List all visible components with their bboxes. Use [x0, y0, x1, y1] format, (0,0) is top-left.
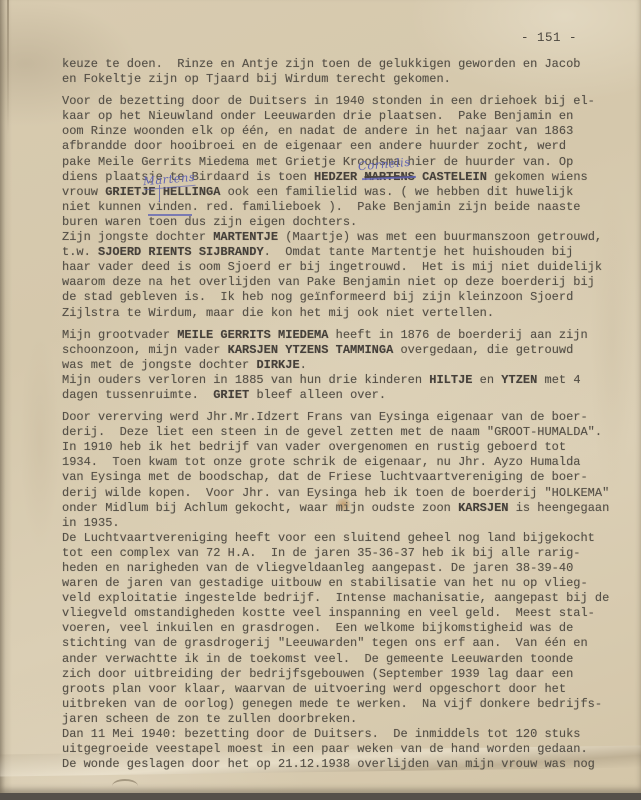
text-segment: vliegveld omstandigheden kostte veel ins… [62, 606, 595, 620]
text-segment: kaar op het Nieuwland onder Leeuwarden d… [62, 109, 573, 123]
text-segment: Door vererving werd Jhr.Mr.Idzert Frans … [62, 410, 588, 424]
paragraph: Voor de bezetting door de Duitsers in 19… [62, 94, 622, 320]
text-segment: Mijn ouders verloren in 1885 van hun dri… [62, 373, 429, 387]
paper-fold-line [7, 0, 9, 135]
text-line: De Luchtvaartvereniging heeft voor een s… [62, 531, 622, 546]
text-line: In 1910 heb ik het bedrijf van vader ove… [62, 440, 622, 455]
text-segment: onder Midlum bij Achlum gekocht, waar mi… [62, 501, 458, 515]
text-segment: zich door uitbreiding der bedrijfsgebouw… [62, 667, 573, 681]
text-segment: (Maartje) was met een buurmanszoon getro… [278, 230, 602, 244]
text-line: dagen tussenruimte. GRIET bleef alleen o… [62, 388, 622, 403]
text-segment: waarom deze na het overlijden van Pake B… [62, 275, 595, 289]
text-line: Zijlstra te Wirdum, maar die kon het mij… [62, 306, 622, 321]
text-segment: was met de jongste dochter [62, 358, 256, 372]
text-line: afbrandde door hooibroei en de eigenaar … [62, 139, 622, 154]
emphasized-name: MEILE GERRITS MIEDEMA [177, 328, 328, 342]
text-line: tot een complex van 72 H.A. In de jaren … [62, 546, 622, 561]
text-segment: . [300, 358, 307, 372]
text-segment: met 4 [537, 373, 580, 387]
text-segment: niet kunnen [62, 200, 148, 214]
text-line: Voor de bezetting door de Duitsers in 19… [62, 94, 622, 109]
text-segment: van Eysinga met de boodschap, dat de Fri… [62, 470, 588, 484]
text-line: stichting van de grasdrogerij "Leeuwarde… [62, 636, 622, 651]
text-line: Mijn ouders verloren in 1885 van hun dri… [62, 373, 622, 388]
text-line: schoonzoon, mijn vader KARSJEN YTZENS TA… [62, 343, 622, 358]
text-line: derij wilde kopen. Voor Jhr. van Eysinga… [62, 486, 622, 501]
text-segment: tot een complex van 72 H.A. In de jaren … [62, 546, 580, 560]
text-segment: oom Rinze woonden elk op één, en nadat d… [62, 124, 573, 138]
struck-out-text: MARTENSCornelis [364, 170, 414, 184]
text-segment: haar vader deed is oom Sjoerd er bij ing… [62, 260, 602, 274]
text-line: veld exploitatie ingestelde bedrijf. Int… [62, 591, 622, 606]
text-segment: Zijn jongste dochter [62, 230, 213, 244]
paper-left-edge-shadow [0, 0, 12, 793]
insertion-mark: Martens [156, 185, 163, 200]
paragraph: keuze te doen. Rinze en Antje zijn toen … [62, 57, 622, 87]
text-line: jaren scheen de zon te zullen doorbreken… [62, 712, 622, 727]
text-segment: ander verwachtte ik in de toekomst veel.… [62, 652, 573, 666]
text-line: uitgegroeide veestapel moest in een paar… [62, 742, 622, 757]
text-line: Dan 11 Mei 1940: bezetting door de Duits… [62, 727, 622, 742]
text-line: zich door uitbreiding der bedrijfsgebouw… [62, 667, 622, 682]
text-line: kaar op het Nieuwland onder Leeuwarden d… [62, 109, 622, 124]
text-line: van Eysinga met de boodschap, dat de Fri… [62, 470, 622, 485]
page-number: - 151 - [521, 31, 577, 45]
text-line: en Fokeltje zijn op Tjaard bij Wirdum te… [62, 72, 622, 87]
text-segment: groots plan voor klaar, waarvan de uitvo… [62, 682, 566, 696]
text-line: Zijn jongste dochter MARTENTJE (Maartje)… [62, 230, 622, 245]
text-segment: . red. familieboek ). Pake Benjamin zijn… [192, 200, 581, 214]
text-line: haar vader deed is oom Sjoerd er bij ing… [62, 260, 622, 275]
emphasized-name: SJOERD RIENTS SIJBRANDY [98, 245, 264, 259]
text-segment: vrouw [62, 185, 105, 199]
text-segment: derij. Deze liet een steen in de gevel z… [62, 425, 602, 439]
text-segment: buren waren toen dus zijn eigen dochters… [62, 215, 357, 229]
emphasized-name: KARSJEN [458, 501, 508, 515]
text-line: oom Rinze woonden elk op één, en nadat d… [62, 124, 622, 139]
text-segment: derij wilde kopen. Voor Jhr. van Eysinga… [62, 486, 609, 500]
text-line: Door vererving werd Jhr.Mr.Idzert Frans … [62, 410, 622, 425]
text-segment: dagen tussenruimte. [62, 388, 213, 402]
text-line: vliegveld omstandigheden kostte veel ins… [62, 606, 622, 621]
emphasized-name: HILTJE [429, 373, 472, 387]
emphasized-name: KARSJEN YTZENS TAMMINGA [228, 343, 394, 357]
text-segment: uitbreken van de oorlog) genegen mede te… [62, 697, 602, 711]
text-line: t.w. SJOERD RIENTS SIJBRANDY. Omdat tant… [62, 245, 622, 260]
text-line: buren waren toen dus zijn eigen dochters… [62, 215, 622, 230]
text-segment: jaren scheen de zon te zullen doorbreken… [62, 712, 357, 726]
text-line: De wonde geslagen door het op 21.12.1938… [62, 757, 622, 772]
text-line: onder Midlum bij Achlum gekocht, waar mi… [62, 501, 622, 516]
text-line: waren de jaren van gestadige uitbouw en … [62, 576, 622, 591]
text-segment: Zijlstra te Wirdum, maar die kon het mij… [62, 306, 494, 320]
text-line: keuze te doen. Rinze en Antje zijn toen … [62, 57, 622, 72]
text-line: de stad gebleven is. Ik heb nog geïnform… [62, 290, 622, 305]
emphasized-name: GRIET [213, 388, 249, 402]
text-segment: uitgegroeide veestapel moest in een paar… [62, 742, 588, 756]
text-segment: voeren, veel inkuilen en grasdrogen. Een… [62, 621, 573, 635]
text-segment: in 1935. [62, 516, 120, 530]
text-segment: bleef alleen over. [249, 388, 386, 402]
text-segment: de stad gebleven is. Ik heb nog geïnform… [62, 290, 573, 304]
text-line: ander verwachtte ik in de toekomst veel.… [62, 652, 622, 667]
text-segment: Voor de bezetting door de Duitsers in 19… [62, 94, 595, 108]
paragraph: Door vererving werd Jhr.Mr.Idzert Frans … [62, 410, 622, 772]
document-page: - 151 - keuze te doen. Rinze en Antje zi… [0, 0, 641, 793]
text-line: pake Meile Gerrits Miedema met Grietje K… [62, 155, 622, 170]
text-segment: waren de jaren van gestadige uitbouw en … [62, 576, 588, 590]
text-segment: stichting van de grasdrogerij "Leeuwarde… [62, 636, 588, 650]
text-line: was met de jongste dochter DIRKJE. [62, 358, 622, 373]
paragraph: Mijn grootvader MEILE GERRITS MIEDEMA he… [62, 328, 622, 403]
text-line: vrouw GRIETJEMartensHELLINGA ook een fam… [62, 185, 622, 200]
text-line: Mijn grootvader MEILE GERRITS MIEDEMA he… [62, 328, 622, 343]
text-segment: schoonzoon, mijn vader [62, 343, 228, 357]
emphasized-name: YTZEN [501, 373, 537, 387]
text-segment: . Omdat tante Martentje het huishouden b… [264, 245, 574, 259]
text-line: derij. Deze liet een steen in de gevel z… [62, 425, 622, 440]
text-segment: overgedaan, die getrouwd [393, 343, 573, 357]
text-line: in 1935. [62, 516, 622, 531]
text-segment: is heengegaan [509, 501, 610, 515]
emphasized-name: MARTENTJE [213, 230, 278, 244]
document-text: keuze te doen. Rinze en Antje zijn toen … [62, 57, 622, 779]
text-segment: veld exploitatie ingestelde bedrijf. Int… [62, 591, 609, 605]
text-segment: ook een familielid was. ( we hebben dit … [220, 185, 573, 199]
text-segment: pake Meile Gerrits Miedema met Grietje K… [62, 155, 573, 169]
text-line: groots plan voor klaar, waarvan de uitvo… [62, 682, 622, 697]
text-line: uitbreken van de oorlog) genegen mede te… [62, 697, 622, 712]
ink-underlined-text: vinden [148, 200, 191, 216]
text-segment: In 1910 heb ik het bedrijf van vader ove… [62, 440, 566, 454]
text-segment: en [472, 373, 501, 387]
text-line: waarom deze na het overlijden van Pake B… [62, 275, 622, 290]
emphasized-name: CASTELEIN [415, 170, 487, 184]
paper-curl-mark [112, 779, 138, 793]
text-segment: heeft in 1876 de boerderij aan zijn [328, 328, 587, 342]
text-segment: keuze te doen. Rinze en Antje zijn toen … [62, 57, 580, 71]
text-segment: afbrandde door hooibroei en de eigenaar … [62, 139, 566, 153]
text-line: voeren, veel inkuilen en grasdrogen. Een… [62, 621, 622, 636]
scan-background: - 151 - keuze te doen. Rinze en Antje zi… [0, 0, 641, 800]
paper-stain [20, 330, 60, 550]
emphasized-name: HEDZER [314, 170, 364, 184]
text-segment: en Fokeltje zijn op Tjaard bij Wirdum te… [62, 72, 451, 86]
emphasized-name: DIRKJE [256, 358, 299, 372]
text-segment: 1934. Toen kwam tot onze grote schrik de… [62, 455, 580, 469]
text-segment: gekomen wiens [487, 170, 588, 184]
text-segment: Dan 11 Mei 1940: bezetting door de Duits… [62, 727, 580, 741]
text-line: niet kunnen vinden. red. familieboek ). … [62, 200, 622, 215]
text-segment: De wonde geslagen door het op 21.12.1938… [62, 757, 595, 771]
text-segment: heden en narigheden van de vliegveldaanl… [62, 561, 573, 575]
text-line: 1934. Toen kwam tot onze grote schrik de… [62, 455, 622, 470]
text-segment: De Luchtvaartvereniging heeft voor een s… [62, 531, 595, 545]
text-segment: Mijn grootvader [62, 328, 177, 342]
text-line: heden en narigheden van de vliegveldaanl… [62, 561, 622, 576]
text-segment: t.w. [62, 245, 98, 259]
